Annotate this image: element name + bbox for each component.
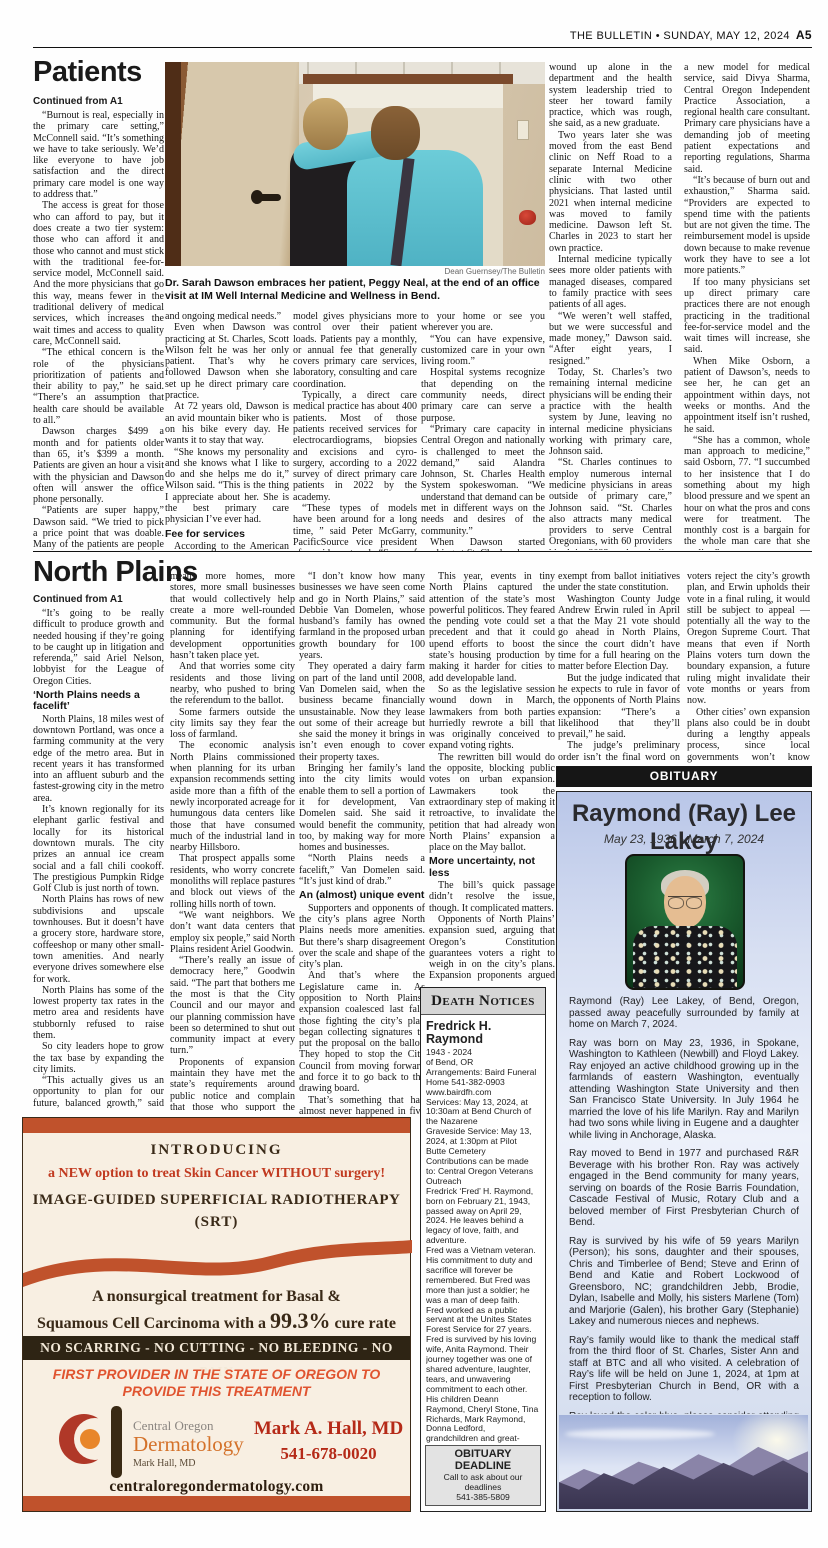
masthead-title: THE BULLETIN • SUNDAY, MAY 12, 2024 — [570, 30, 790, 42]
paragraph: When Mike Osborn, a patient of Dawson’s,… — [684, 356, 810, 435]
ad-intro-text: INTRODUCING — [23, 1142, 410, 1159]
death-notice-content: Fredrick H. Raymond 1943 - 2024of Bend, … — [426, 1020, 539, 1448]
obituary-portrait — [625, 854, 745, 990]
paragraph: “She has a common, whole man approach to… — [684, 435, 810, 550]
paragraph: “It’s going to be really difficult to pr… — [33, 608, 164, 687]
paragraph: Opponents of North Plains’ expansion sue… — [429, 914, 555, 981]
photo-patient-figure — [347, 150, 483, 266]
ad-no-list-band: NO SCARRING - NO CUTTING - NO BLEEDING -… — [23, 1336, 410, 1360]
deadline-title: OBITUARY DEADLINE — [427, 1448, 539, 1472]
ad-tagline: a NEW option to treat Skin Cancer WITHOU… — [23, 1166, 410, 1182]
obituary-mountain-photo — [559, 1415, 808, 1509]
paragraph: Washington County Judge Andrew Erwin rul… — [558, 594, 680, 673]
paragraph: wound up alone in the department and the… — [549, 62, 672, 130]
photo-caption: Dr. Sarah Dawson embraces her patient, P… — [165, 277, 545, 303]
paragraph: a new model for medical service, said Di… — [684, 62, 810, 175]
paragraph: “You can have expensive, customized care… — [421, 334, 545, 368]
paragraph: model gives physicians more control over… — [293, 311, 417, 390]
patients-column-1: “Burnout is real, especially in the prim… — [33, 110, 164, 550]
north-plains-column-1: “It’s going to be really difficult to pr… — [33, 608, 164, 1108]
paragraph: Hospital systems recognize that dependin… — [421, 367, 545, 423]
paragraph: Raymond (Ray) Lee Lakey, of Bend, Oregon… — [569, 996, 799, 1031]
masthead: THE BULLETIN • SUNDAY, MAY 12, 2024A5 — [312, 28, 812, 42]
ad-benefit-line-2: Squamous Cell Carcinoma with a 99.3% cur… — [23, 1308, 410, 1334]
paragraph: Fred is survived by his loving wife, Ani… — [426, 1335, 539, 1448]
paragraph: voters reject the city’s growth plan, an… — [687, 571, 810, 707]
paragraph: Fred was a Vietnam veteran. His commitme… — [426, 1246, 539, 1335]
paragraph: Dawson charges $499 a month and for pati… — [33, 426, 164, 505]
north-plains-column-2: means more homes, more stores, more smal… — [170, 571, 295, 1111]
dermatology-advertisement: INTRODUCING a NEW option to treat Skin C… — [22, 1117, 411, 1512]
paragraph: North Plains, 18 miles west of downtown … — [33, 714, 164, 804]
north-plains-column-5: exempt from ballot initiatives under the… — [558, 571, 680, 763]
paragraph: Contributions can be made to: Central Or… — [426, 1157, 539, 1187]
paragraph: North Plains has some of the lowest prop… — [33, 985, 164, 1041]
patients-headline: Patients — [33, 58, 142, 87]
paragraph: The access is great for those who can af… — [33, 200, 164, 347]
paragraph: Graveside Service: May 13, 2024, at 1:30… — [426, 1127, 539, 1157]
paragraph: At 72 years old, Dawson is an avid mount… — [165, 401, 289, 446]
paragraph: Ray was born on May 23, 1936, in Spokane… — [569, 1038, 799, 1142]
paragraph: “There’s really an issue of democracy he… — [170, 955, 295, 1057]
photo-heart-model — [519, 210, 536, 225]
paragraph: “I don’t know how many businesses we hav… — [299, 571, 425, 661]
paragraph: Ray’s family would like to thank the med… — [569, 1335, 799, 1404]
patients-column-4: to your home or see you wherever you are… — [421, 311, 545, 551]
paragraph: It’s known regionally for its elephant g… — [33, 804, 164, 894]
paragraph: The economic analysis North Plains commi… — [170, 740, 295, 853]
paragraph: Other cities’ own expansion plans also c… — [687, 707, 810, 763]
dermatology-logo: Central Oregon Dermatology Mark Hall, MD — [59, 1406, 259, 1478]
ad-phone-number: 541-678-0020 — [251, 1444, 406, 1464]
column-subhead: Fee for services — [165, 529, 289, 540]
photo-door-frame-beam — [303, 74, 513, 84]
paragraph: “The ethical concern is the role of the … — [33, 347, 164, 426]
paragraph: “We weren’t well staffed, but we were su… — [549, 311, 672, 367]
paragraph: “Patients are super happy,” Dawson said.… — [33, 505, 164, 550]
deadline-text: Call to ask about our deadlines — [427, 1472, 539, 1492]
paragraph: “North Plains needs a facelift,” Van Dom… — [299, 853, 425, 887]
obituary-text: Raymond (Ray) Lee Lakey, of Bend, Oregon… — [569, 996, 799, 1414]
paragraph: North Plains has rows of new subdivision… — [33, 894, 164, 984]
paragraph: That’s something that had almost never h… — [299, 1095, 425, 1119]
column-subhead: An (almost) unique event — [299, 890, 425, 901]
paragraph: and ongoing medical needs.” — [165, 311, 289, 322]
deadline-phone: 541-385-5809 — [427, 1492, 539, 1502]
patients-column-6: a new model for medical service, said Di… — [684, 62, 810, 550]
patients-column-5: wound up alone in the department and the… — [549, 62, 672, 550]
logo-dot-icon — [80, 1429, 100, 1449]
patients-continued-tag: Continued from A1 — [33, 96, 123, 107]
ad-benefit-post: cure rate — [331, 1315, 396, 1332]
paragraph: Even when Dawson was practicing at St. C… — [165, 322, 289, 401]
paragraph: This year, events in tiny North Plains c… — [429, 571, 555, 684]
paragraph: But the judge indicated that he expects … — [558, 673, 680, 741]
obituary-dates: May 23, 1936 - March 7, 2024 — [557, 832, 811, 846]
paragraph: That prospect appalls some residents, wh… — [170, 853, 295, 909]
paragraph: Internal medicine typically sees more ol… — [549, 254, 672, 310]
photo-door-handle-bar — [257, 194, 281, 201]
paragraph: Ray loved the color blue, please conside… — [569, 1411, 799, 1415]
photo-open-door — [181, 62, 299, 266]
paragraph: “We want neighbors. We don’t want data c… — [170, 910, 295, 955]
paragraph: They operated a dairy farm on part of th… — [299, 661, 425, 763]
ad-provider-line-2: PROVIDE THIS TREATMENT — [23, 1383, 410, 1399]
patients-column-3: model gives physicians more control over… — [293, 311, 417, 551]
photo-door-jamb — [165, 62, 181, 266]
logo-doctor-text: Mark Hall, MD — [133, 1458, 196, 1469]
north-plains-column-4: This year, events in tiny North Plains c… — [429, 571, 555, 981]
paragraph: The bill’s quick passage didn’t resolve … — [429, 880, 555, 914]
ad-benefit-line-1: A nonsurgical treatment for Basal & — [23, 1288, 410, 1306]
death-notice-name: Fredrick H. Raymond — [426, 1020, 539, 1046]
mountain-cloud — [565, 1429, 715, 1439]
paragraph: Typically, a direct care medical practic… — [293, 390, 417, 503]
paragraph: means more homes, more stores, more smal… — [170, 571, 295, 661]
ad-benefit-pre: Squamous Cell Carcinoma with a — [37, 1315, 270, 1332]
photo-patient-head — [371, 106, 420, 160]
paragraph: So city leaders hope to grow the tax bas… — [33, 1041, 164, 1075]
paragraph: Proponents of expansion maintain they ha… — [170, 1057, 295, 1111]
obituary-name: Raymond (Ray) Lee Lakey — [557, 800, 811, 856]
photo-credit: Dean Guernsey/The Bulletin — [165, 267, 545, 276]
masthead-rule — [33, 47, 812, 48]
paragraph: Today, St. Charles’s two remaining inter… — [549, 367, 672, 457]
page-number: A5 — [796, 28, 812, 42]
paragraph: “Burnout is real, especially in the prim… — [33, 110, 164, 200]
death-notices-box: Death Notices Fredrick H. Raymond 1943 -… — [420, 987, 546, 1512]
paragraph: Two years later she was moved from the e… — [549, 130, 672, 254]
paragraph: Supporters and opponents of the city’s p… — [299, 903, 425, 971]
paragraph: So as the legislative session wound down… — [429, 684, 555, 752]
obituary-section-banner: OBITUARY — [556, 766, 812, 787]
paragraph: Arrangements: Baird Funeral Home 541-382… — [426, 1068, 539, 1088]
ad-website: centraloregondermatology.com — [23, 1478, 410, 1496]
patients-column-2: and ongoing medical needs.”Even when Daw… — [165, 311, 289, 551]
paragraph: Ray is survived by his wife of 59 years … — [569, 1236, 799, 1328]
ad-bottom-band — [23, 1496, 410, 1511]
portrait-glasses-icon — [668, 896, 702, 908]
paragraph: Some farmers outside the city limits say… — [170, 707, 295, 741]
ad-provider-line-1: FIRST PROVIDER IN THE STATE OF OREGON TO — [23, 1366, 410, 1382]
paragraph: And that’s where the Legislature came in… — [299, 970, 425, 1094]
paragraph: The judge’s preliminary order isn’t the … — [558, 740, 680, 763]
obituary-deadline-box: OBITUARY DEADLINE Call to ask about our … — [425, 1445, 541, 1506]
paragraph: exempt from ballot initiatives under the… — [558, 571, 680, 594]
north-plains-continued-tag: Continued from A1 — [33, 594, 123, 605]
paragraph: “It’s because of burn out and exhaustion… — [684, 175, 810, 277]
column-subhead: More uncertainty, not less — [429, 856, 555, 879]
ad-treatment-name: IMAGE-GUIDED SUPERFICIAL RADIOTHERAPY — [23, 1192, 410, 1209]
paragraph: Bringing her family’s land into the city… — [299, 763, 425, 853]
death-notices-header: Death Notices — [421, 988, 545, 1015]
paragraph: “Primary care capacity in Central Oregon… — [421, 424, 545, 537]
paragraph: The rewritten bill would do the opposite… — [429, 752, 555, 854]
paragraph: Fredrick ‘Fred’ H. Raymond, born on Febr… — [426, 1187, 539, 1246]
paragraph: “This actually gives us an opportunity t… — [33, 1075, 164, 1108]
paragraph: According to the American Academy of Fam… — [165, 541, 289, 551]
ad-doctor-name: Mark A. Hall, MD — [251, 1418, 406, 1440]
ad-top-band — [23, 1118, 410, 1133]
ad-treatment-acronym: (SRT) — [23, 1214, 410, 1231]
paragraph: Ray moved to Bend in 1977 and purchased … — [569, 1148, 799, 1229]
paragraph: “These types of models have been around … — [293, 503, 417, 551]
logo-bar-icon — [111, 1406, 122, 1478]
north-plains-column-3: “I don’t know how many businesses we hav… — [299, 571, 425, 1119]
logo-practice-text: Dermatology — [133, 1432, 244, 1457]
portrait-hawaiian-shirt — [633, 926, 737, 988]
death-notice-details: 1943 - 2024of Bend, ORArrangements: Bair… — [426, 1048, 539, 1448]
paragraph: to your home or see you wherever you are… — [421, 311, 545, 334]
ad-swoosh-graphic — [23, 1236, 412, 1288]
north-plains-column-6: voters reject the city’s growth plan, an… — [687, 571, 810, 763]
ad-cure-rate: 99.3% — [270, 1308, 331, 1333]
section-divider-rule — [33, 551, 812, 552]
newspaper-page: THE BULLETIN • SUNDAY, MAY 12, 2024A5 Pa… — [0, 0, 828, 1548]
paragraph: “St. Charles continues to employ numerou… — [549, 457, 672, 550]
photo-doctor-head — [303, 98, 348, 150]
column-subhead: ‘North Plains needs a facelift’ — [33, 690, 164, 713]
paragraph: “She knows my personality and she knows … — [165, 447, 289, 526]
paragraph: If too many physicians set up direct pri… — [684, 277, 810, 356]
article-photo — [165, 62, 545, 266]
obituary-box: Raymond (Ray) Lee Lakey May 23, 1936 - M… — [556, 791, 812, 1512]
paragraph: When Dawson started working at St. Charl… — [421, 537, 545, 551]
photo-light-switch — [517, 120, 529, 140]
paragraph: And that worries some city residents and… — [170, 661, 295, 706]
paragraph: Services: May 13, 2024, at 10:30am at Be… — [426, 1098, 539, 1128]
